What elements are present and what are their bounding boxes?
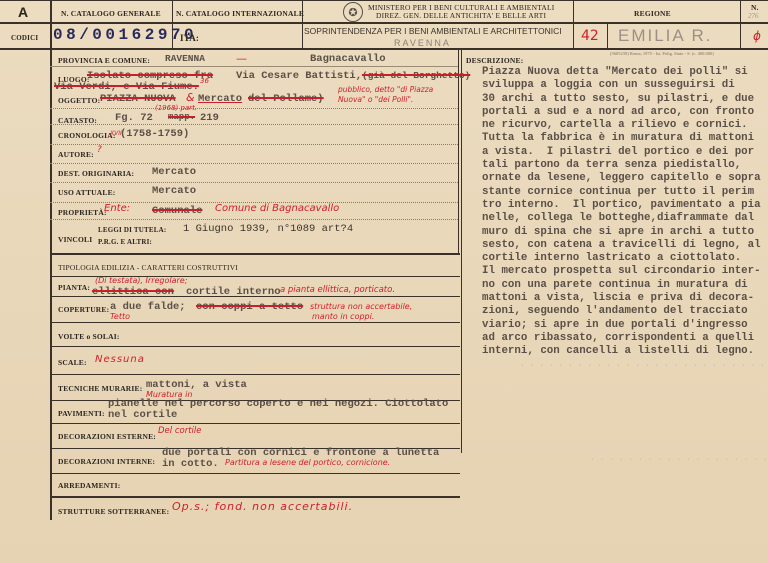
col-divider: [573, 0, 574, 48]
leggi-tutela-value: 1 Giugno 1939, n°1089 art?4: [183, 223, 353, 235]
descrizione-line: ne ricurvo, cartella a rilievo e cornici…: [482, 119, 761, 132]
descrizione-line: ad arco ribassato, corrispondenti a quel…: [482, 332, 761, 345]
prg-label: P.R.G. E ALTRI:: [98, 238, 152, 246]
regione-code: 42: [581, 28, 599, 44]
row-divider: [50, 66, 458, 67]
pianta-struck: ellittica con: [92, 286, 174, 298]
row-divider: [50, 423, 460, 424]
italian-republic-emblem-icon: ✪: [343, 2, 363, 22]
row-divider: [50, 124, 458, 125]
luogo-hand-number: 36: [200, 77, 209, 85]
pianta-hand-after: a pianta ellittica, porticato.: [280, 285, 395, 295]
row-divider: [50, 253, 460, 255]
catasto-value-1: Fg. 72: [115, 112, 153, 124]
oggetto-value: Mercato: [198, 93, 242, 105]
decorazioni-esterne-hand-value: Del cortile: [158, 426, 202, 436]
regione-value: EMILIA R.: [618, 26, 713, 46]
strutture-sotterranee-hand-value: Op.s.; fond. non accertabili.: [172, 500, 353, 513]
header-divider: [0, 22, 768, 24]
pavimenti-label: PAVIMENTI:: [58, 409, 105, 418]
cronologia-label: CRONOLOGIA:: [58, 131, 116, 140]
scale-hand-value: Nessuna: [95, 354, 145, 365]
autore-hand-value: ?: [97, 145, 102, 155]
descrizione-line: 30 archi a tutto sesto, su pilastri, e d…: [482, 93, 761, 106]
n-value: 276: [748, 12, 759, 20]
arredamenti-label: ARREDAMENTI:: [58, 481, 120, 490]
row-divider: [50, 108, 458, 109]
col-divider: [740, 0, 741, 48]
tipologia-heading: TIPOLOGIA EDILIZIA - CARATTERI COSTRUTTI…: [58, 263, 238, 272]
coperture-struck: con coppi a tetto: [196, 301, 303, 313]
row-divider: [50, 144, 458, 145]
decorazioni-interne-label: DECORAZIONI INTERNE:: [58, 457, 155, 466]
row-divider: [50, 346, 460, 347]
vincoli-label: VINCOLI: [58, 235, 92, 244]
proprieta-label: PROPRIETÀ:: [58, 208, 107, 217]
descrizione-line: nelle, collega le botteghe,diaframmate d…: [482, 212, 761, 225]
descrizione-line: sviluppa a loggia con un susseguirsi di: [482, 79, 761, 92]
luogo-value: Via Cesare Battisti,: [236, 70, 362, 82]
row-divider: [50, 163, 458, 164]
dest-originaria-value: Mercato: [152, 166, 196, 178]
n-mark: ϕ: [753, 29, 761, 43]
cronologia-value: (1758-1759): [120, 128, 189, 140]
description-divider-2: [461, 48, 462, 453]
descrizione-line: interni, con cancelli a listelli di legn…: [482, 345, 761, 358]
comune-value: Bagnacavallo: [310, 53, 386, 65]
uso-attuale-value: Mercato: [152, 185, 196, 197]
catasto-value-2: 219: [200, 112, 219, 124]
catalog-card: A CODICI N. CATALOGO GENERALE 08/0016297…: [0, 0, 768, 563]
descrizione-line: muro di spina che si apre in archi a tut…: [482, 226, 761, 239]
row-divider: [50, 473, 460, 474]
coperture-hand-after-1: struttura non accertabile,: [310, 302, 412, 311]
volte-label: VOLTE o SOLAI:: [58, 332, 120, 341]
leggi-tutela-label: LEGGI DI TUTELA:: [98, 226, 166, 234]
pavimenti-value-2: nel cortile: [108, 409, 177, 421]
scale-label: SCALE:: [58, 358, 87, 367]
pianta-hand-above: (Di testata), Irregolare;: [95, 276, 187, 285]
bleed-through-text: . . . . . . . . . . . . . . . . . . . . …: [520, 360, 768, 369]
descrizione-line: Tutta la fabbrica è in muratura di matto…: [482, 132, 761, 145]
row-divider: [50, 219, 458, 220]
soprintendenza-label: SOPRINTENDENZA PER I BENI AMBIENTALI E A…: [304, 26, 562, 36]
regione-label: REGIONE: [634, 9, 671, 18]
provincia-label: PROVINCIA E COMUNE:: [58, 56, 150, 65]
proprieta-struck: Comunale: [152, 205, 202, 217]
descrizione-line: cortile interno lastricato a ciottolato.: [482, 252, 761, 265]
pianta-value: cortile interno: [186, 286, 281, 298]
descrizione-line: zioni, seguendo l'andamento del tracciat…: [482, 305, 761, 318]
oggetto-mark: &: [186, 91, 195, 104]
oggetto-struck-2: del Pollame): [248, 93, 324, 105]
n-label: N.: [751, 3, 759, 12]
proprieta-hand-value: Comune di Bagnacavallo: [215, 203, 339, 214]
bleed-through-text: . . . . . . . . . . . . . . . . . . . . …: [590, 454, 768, 463]
catasto-struck: mapp.: [168, 112, 195, 122]
header-bottom-divider: [0, 48, 768, 50]
descrizione-line: portali a sud e a nord ad arco, con fron…: [482, 106, 761, 119]
soprintendenza-value: RAVENNA: [394, 38, 451, 48]
row-divider: [50, 374, 460, 375]
catasto-label: CATASTO:: [58, 116, 97, 125]
col-divider: [607, 22, 608, 48]
row-divider: [50, 496, 460, 498]
codici-label: CODICI: [11, 34, 38, 42]
tecniche-label: TECNICHE MURARIE:: [58, 384, 142, 393]
oggetto-label: OGGETTO:: [58, 96, 100, 105]
descrizione-line: tali partono da terra senza piedistallo,: [482, 159, 761, 172]
coperture-hand-below: Tetto: [110, 312, 130, 321]
catalogo-generale-value: 08/00162970: [53, 26, 197, 44]
border-top: [0, 0, 768, 1]
strutture-sotterranee-label: STRUTTURE SOTTERRANEE:: [58, 507, 169, 516]
row-divider: [50, 322, 460, 323]
decorazioni-interne-hand-after: Partitura a lesene del portico, cornicio…: [225, 458, 390, 467]
descrizione-line: tro interno. Il portico, pavimentato a p…: [482, 199, 761, 212]
descrizione-line: sesto, con catena a travicelli di legno,…: [482, 239, 761, 252]
pianta-label: PIANTA:: [58, 283, 90, 292]
descrizione-line: viario; si apre in due portali d'ingress…: [482, 319, 761, 332]
descrizione-line: Il mercato prospetta sul circondario int…: [482, 265, 761, 278]
uso-attuale-label: USO ATTUALE:: [58, 188, 115, 197]
catalogo-internazionale-label: N. CATALOGO INTERNAZIONALE: [176, 9, 304, 18]
print-info: (5605239) Roma, 1975 - Ist. Polig. Stato…: [610, 51, 714, 56]
catasto-hand-above: (1968) part.: [155, 104, 197, 112]
descrizione-text: Piazza Nuova detta "Mercato dei polli" s…: [482, 66, 761, 359]
proprieta-hand-prefix: Ente:: [104, 203, 130, 214]
autore-label: AUTORE:: [58, 150, 94, 159]
ministry-line-2: DIREZ. GEN. DELLE ANTICHITA' E BELLE ART…: [376, 11, 546, 20]
descrizione-line: no con una parete continua in muratura d…: [482, 279, 761, 292]
oggetto-hand-line-1: pubblico, detto "di Piazza: [338, 85, 433, 94]
dest-originaria-label: DEST. ORIGINARIA:: [58, 169, 134, 178]
coperture-label: COPERTURE:: [58, 305, 109, 314]
catalogo-generale-label: N. CATALOGO GENERALE: [61, 9, 161, 18]
descrizione-line: Piazza Nuova detta "Mercato dei polli" s…: [482, 66, 761, 79]
col-divider: [302, 24, 303, 48]
descrizione-line: stante cornice continua per tutto il per…: [482, 186, 761, 199]
row-divider: [50, 182, 458, 183]
section-letter: A: [18, 4, 28, 20]
luogo-line2-struck: Via Verdi, e Via Fiume.: [54, 81, 199, 93]
decorazioni-esterne-label: DECORAZIONI ESTERNE:: [58, 432, 156, 441]
descrizione-line: a vista. I pilastri del portico e dei po…: [482, 146, 761, 159]
descrizione-line: ornate da lesene, leggero capitello e so…: [482, 172, 761, 185]
provincia-dash: —: [236, 52, 247, 65]
descrizione-label: DESCRIZIONE:: [466, 56, 523, 65]
luogo-struck-2: (già del Borghetto): [362, 70, 470, 81]
ita-label: ITA:: [180, 33, 199, 43]
coperture-hand-after-2: manto in coppi.: [312, 312, 374, 321]
oggetto-hand-line-2: Nuova" o "dei Polli".: [338, 95, 413, 104]
descrizione-line: mattoni a vista, liscia e priva di decor…: [482, 292, 761, 305]
left-margin-line: [50, 0, 52, 520]
decorazioni-interne-value-2: in cotto.: [162, 458, 219, 470]
provincia-value: RAVENNA: [165, 53, 205, 64]
